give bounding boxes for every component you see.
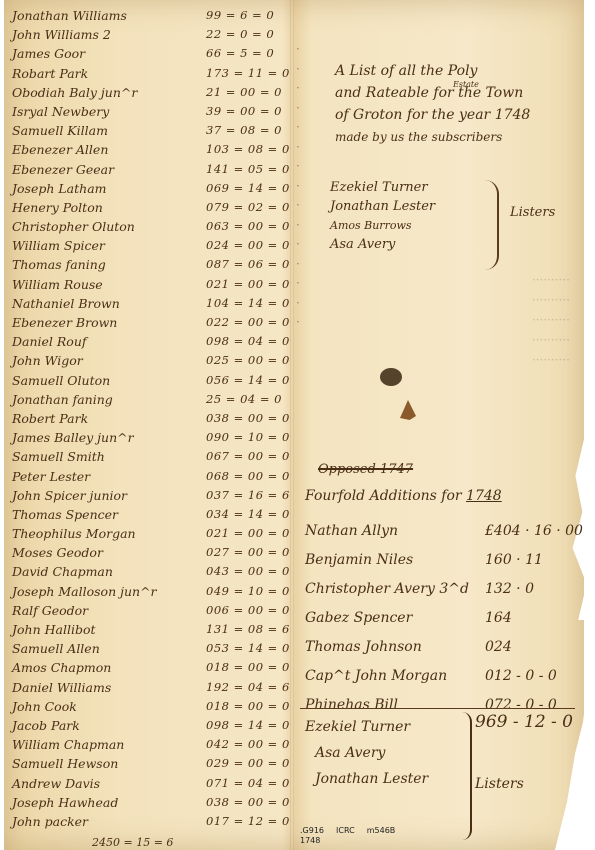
taxpayer-name: Andrew Davis (12, 774, 100, 793)
taxpayer-name: Samuell Smith (12, 447, 105, 466)
taxpayer-name: William Chapman (12, 735, 124, 754)
tax-amount: 071 = 04 = 0 (206, 774, 290, 793)
ledger-row: Peter Lester068 = 00 = 0 (8, 467, 290, 486)
ledger-row: Ebenezer Geear141 = 05 = 0 (8, 160, 290, 179)
ledger-row: Samuell Killam37 = 08 = 0 (8, 121, 290, 140)
ledger-row: James Goor66 = 5 = 0 (8, 44, 290, 63)
page-fold (290, 0, 294, 850)
signer-name: Ezekiel Turner (305, 714, 428, 740)
signature-brace (483, 180, 499, 270)
additions-list: Nathan Allyn£404 · 16 · 00Benjamin Niles… (305, 517, 585, 720)
tax-amount: 049 = 10 = 0 (206, 582, 290, 601)
ledger-row: Samuell Oluton056 = 14 = 0 (8, 371, 290, 390)
taxpayer-name: John Spicer junior (12, 486, 127, 505)
ledger-row: Ralf Geodor006 = 00 = 0 (8, 601, 290, 620)
ledger-row: John Spicer junior037 = 16 = 6 (8, 486, 290, 505)
tax-amount: 22 = 0 = 0 (206, 25, 274, 44)
ledger-row: Christopher Oluton063 = 00 = 0 (8, 217, 290, 236)
addition-row: Christopher Avery 3^d132 · 0 (305, 575, 585, 604)
assessor-name: Jonathan Lester (330, 197, 435, 216)
assessor-name: Amos Burrows (330, 216, 435, 235)
taxpayer-name: Thomas Spencer (12, 505, 118, 524)
additions-title: Fourfold Additions for 1748 (305, 488, 502, 504)
signer-name: Jonathan Lester (305, 766, 428, 792)
tax-amount: 25 = 04 = 0 (206, 390, 282, 409)
tax-amount: 104 = 14 = 0 (206, 294, 290, 313)
addition-row: Benjamin Niles160 · 11 (305, 546, 585, 575)
heading-line-4: made by us the subscribers (335, 126, 575, 148)
ledger-row: James Balley jun^r090 = 10 = 0 (8, 428, 290, 447)
taxpayer-name: Daniel Rouf (12, 332, 87, 351)
ledger-row: John Hallibot131 = 08 = 6 (8, 620, 290, 639)
taxpayer-name: Samuell Killam (12, 121, 108, 140)
taxpayer-name: Obodiah Baly jun^r (12, 83, 137, 102)
taxpayer-name: James Goor (12, 44, 85, 63)
total-rule (300, 708, 575, 709)
tax-amount: 99 = 6 = 0 (206, 6, 274, 25)
addition-name: Christopher Avery 3^d (305, 575, 469, 604)
ledger-row: Nathaniel Brown104 = 14 = 0 (8, 294, 290, 313)
addition-name: Nathan Allyn (305, 517, 398, 546)
ledger-row: Moses Geodor027 = 00 = 0 (8, 543, 290, 562)
tax-amount: 21 = 00 = 0 (206, 83, 282, 102)
taxpayer-name: Isryal Newbery (12, 102, 109, 121)
taxpayer-name: William Rouse (12, 275, 103, 294)
tax-amount: 034 = 14 = 0 (206, 505, 290, 524)
ledger-row: Samuell Allen053 = 14 = 0 (8, 639, 290, 658)
addition-amount: 132 · 0 (485, 575, 534, 604)
taxpayer-name: Amos Chapmon (12, 658, 111, 677)
tax-amount: 017 = 12 = 0 (206, 812, 290, 831)
ledger-row: Thomas faning087 = 06 = 0 (8, 255, 290, 274)
call-year: 1748 (300, 836, 320, 845)
tax-amount: 027 = 00 = 0 (206, 543, 290, 562)
tax-amount: 063 = 00 = 0 (206, 217, 290, 236)
ledger-row: Andrew Davis071 = 04 = 0 (8, 774, 290, 793)
taxpayer-name: Ebenezer Geear (12, 160, 114, 179)
taxpayer-name: Joseph Hawhead (12, 793, 118, 812)
assessor-name: Asa Avery (330, 235, 435, 254)
tax-ledger: Jonathan Williams99 = 6 = 0John Williams… (8, 6, 290, 831)
tax-amount: 042 = 00 = 0 (206, 735, 290, 754)
ledger-row: Obodiah Baly jun^r21 = 00 = 0 (8, 83, 290, 102)
tax-amount: 173 = 11 = 0 (206, 64, 290, 83)
addition-amount: 024 (485, 633, 512, 662)
tax-amount: 018 = 00 = 0 (206, 658, 290, 677)
addition-row: Thomas Johnson024 (305, 633, 585, 662)
taxpayer-name: John packer (12, 812, 88, 831)
tax-amount: 39 = 00 = 0 (206, 102, 282, 121)
addition-amount: 160 · 11 (485, 546, 543, 575)
addition-amount: 164 (485, 604, 512, 633)
document-heading: A List of all the Poly Estate and Rateab… (335, 60, 575, 148)
taxpayer-name: John Cook (12, 697, 77, 716)
tax-amount: 021 = 00 = 0 (206, 524, 290, 543)
taxpayer-name: Ebenezer Brown (12, 313, 117, 332)
signers-role: Listers (475, 776, 524, 792)
ink-blot (380, 368, 402, 386)
struck-out-text: Opposed 1747 (318, 462, 413, 477)
taxpayer-name: Moses Geodor (12, 543, 103, 562)
addition-row: Cap^t John Morgan012 - 0 - 0 (305, 662, 585, 691)
tax-amount: 37 = 08 = 0 (206, 121, 282, 140)
tax-amount: 022 = 00 = 0 (206, 313, 290, 332)
catalog-marks: .G916ICRCm546B 1748 (300, 826, 407, 846)
ledger-row: Joseph Hawhead038 = 00 = 0 (8, 793, 290, 812)
ledger-row: Thomas Spencer034 = 14 = 0 (8, 505, 290, 524)
taxpayer-name: Joseph Malloson jun^r (12, 582, 157, 601)
taxpayer-name: John Hallibot (12, 620, 96, 639)
tax-amount: 067 = 00 = 0 (206, 447, 290, 466)
ledger-row: John Cook018 = 00 = 0 (8, 697, 290, 716)
addition-amount: £404 · 16 · 00 (485, 517, 583, 546)
tax-amount: 069 = 14 = 0 (206, 179, 290, 198)
ledger-row: Joseph Malloson jun^r049 = 10 = 0 (8, 582, 290, 601)
taxpayer-name: James Balley jun^r (12, 428, 134, 447)
call-number: .G916 (300, 826, 324, 835)
taxpayer-name: Nathaniel Brown (12, 294, 120, 313)
assessor-role: Listers (510, 205, 555, 220)
assessor-name: Ezekiel Turner (330, 178, 435, 197)
taxpayer-name: Jonathan Williams (12, 6, 127, 25)
bleed-through-text: ········································… (310, 270, 570, 370)
ledger-row: Robart Park173 = 11 = 0 (8, 64, 290, 83)
ledger-row: Daniel Williams192 = 04 = 6 (8, 678, 290, 697)
taxpayer-name: John Wigor (12, 351, 83, 370)
tax-amount: 090 = 10 = 0 (206, 428, 290, 447)
heading-line-3: of Groton for the year 1748 (335, 104, 575, 126)
addition-row: Gabez Spencer164 (305, 604, 585, 633)
signers-brace (460, 712, 472, 840)
taxpayer-name: Peter Lester (12, 467, 90, 486)
tax-amount: 038 = 00 = 0 (206, 409, 290, 428)
taxpayer-name: Jonathan faning (12, 390, 113, 409)
tax-amount: 053 = 14 = 0 (206, 639, 290, 658)
addition-row: Nathan Allyn£404 · 16 · 00 (305, 517, 585, 546)
taxpayer-name: David Chapman (12, 562, 113, 581)
signer-name: Asa Avery (305, 740, 428, 766)
tax-amount: 056 = 14 = 0 (206, 371, 290, 390)
ledger-row: Samuell Hewson029 = 00 = 0 (8, 754, 290, 773)
taxpayer-name: Christopher Oluton (12, 217, 135, 236)
taxpayer-name: Joseph Latham (12, 179, 107, 198)
tax-amount: 098 = 14 = 0 (206, 716, 290, 735)
taxpayer-name: Theophilus Morgan (12, 524, 136, 543)
ledger-row: Jonathan faning25 = 04 = 0 (8, 390, 290, 409)
tax-amount: 131 = 08 = 6 (206, 620, 290, 639)
taxpayer-name: Ralf Geodor (12, 601, 88, 620)
ledger-row: Robert Park038 = 00 = 0 (8, 409, 290, 428)
ledger-row: David Chapman043 = 00 = 0 (8, 562, 290, 581)
ledger-row: Samuell Smith067 = 00 = 0 (8, 447, 290, 466)
additions-title-year: 1748 (466, 488, 502, 504)
ledger-row: John Williams 222 = 0 = 0 (8, 25, 290, 44)
tax-amount: 068 = 00 = 0 (206, 467, 290, 486)
addition-name: Thomas Johnson (305, 633, 422, 662)
addition-name: Cap^t John Morgan (305, 662, 447, 691)
ledger-row: Ebenezer Allen103 = 08 = 0 (8, 140, 290, 159)
ledger-row: Amos Chapmon018 = 00 = 0 (8, 658, 290, 677)
assessor-signatures: Ezekiel Turner Jonathan Lester Amos Burr… (330, 178, 435, 254)
tax-amount: 021 = 00 = 0 (206, 275, 290, 294)
ledger-row: William Rouse021 = 00 = 0 (8, 275, 290, 294)
lister-signatures: Ezekiel Turner Asa Avery Jonathan Lester (305, 714, 428, 792)
additions-title-text: Fourfold Additions for (305, 488, 462, 504)
addition-name: Gabez Spencer (305, 604, 412, 633)
ledger-row: Daniel Rouf098 = 04 = 0 (8, 332, 290, 351)
taxpayer-name: William Spicer (12, 236, 105, 255)
tax-amount: 141 = 05 = 0 (206, 160, 290, 179)
tax-amount: 025 = 00 = 0 (206, 351, 290, 370)
ledger-row: Theophilus Morgan021 = 00 = 0 (8, 524, 290, 543)
tax-amount: 038 = 00 = 0 (206, 793, 290, 812)
tax-amount: 006 = 00 = 0 (206, 601, 290, 620)
tax-amount: 103 = 08 = 0 (206, 140, 290, 159)
addition-name: Benjamin Niles (305, 546, 413, 575)
taxpayer-name: John Williams 2 (12, 25, 111, 44)
ledger-row: Isryal Newbery39 = 00 = 0 (8, 102, 290, 121)
ledger-row: Jacob Park098 = 14 = 0 (8, 716, 290, 735)
addition-amount: 012 - 0 - 0 (485, 662, 557, 691)
ledger-row: Jonathan Williams99 = 6 = 0 (8, 6, 290, 25)
tax-amount: 043 = 00 = 0 (206, 562, 290, 581)
ledger-row: Ebenezer Brown022 = 00 = 0 (8, 313, 290, 332)
taxpayer-name: Ebenezer Allen (12, 140, 108, 159)
tax-amount: 087 = 06 = 0 (206, 255, 290, 274)
tax-amount: 66 = 5 = 0 (206, 44, 274, 63)
tax-amount: 192 = 04 = 6 (206, 678, 290, 697)
heading-insert: Estate (453, 74, 479, 96)
taxpayer-name: Jacob Park (12, 716, 80, 735)
tax-amount: 029 = 00 = 0 (206, 754, 290, 773)
ledger-total: 2450 = 15 = 6 (92, 836, 173, 849)
tax-amount: 098 = 04 = 0 (206, 332, 290, 351)
tax-amount: 079 = 02 = 0 (206, 198, 290, 217)
item-number: m546B (367, 826, 396, 835)
taxpayer-name: Samuell Oluton (12, 371, 110, 390)
taxpayer-name: Robert Park (12, 409, 88, 428)
tax-amount: 037 = 16 = 6 (206, 486, 290, 505)
ledger-row: John packer017 = 12 = 0 (8, 812, 290, 831)
bleed-through-dots: ··············· (296, 40, 300, 333)
taxpayer-name: Henery Polton (12, 198, 103, 217)
additions-total: 969 - 12 - 0 (475, 712, 573, 732)
catalog-code: ICRC (336, 826, 355, 835)
tax-amount: 024 = 00 = 0 (206, 236, 290, 255)
taxpayer-name: Thomas faning (12, 255, 106, 274)
ledger-row: John Wigor025 = 00 = 0 (8, 351, 290, 370)
ledger-row: William Chapman042 = 00 = 0 (8, 735, 290, 754)
taxpayer-name: Samuell Allen (12, 639, 100, 658)
tax-amount: 018 = 00 = 0 (206, 697, 290, 716)
ledger-row: William Spicer024 = 00 = 0 (8, 236, 290, 255)
ledger-row: Joseph Latham069 = 14 = 0 (8, 179, 290, 198)
taxpayer-name: Daniel Williams (12, 678, 111, 697)
taxpayer-name: Robart Park (12, 64, 88, 83)
ledger-row: Henery Polton079 = 02 = 0 (8, 198, 290, 217)
taxpayer-name: Samuell Hewson (12, 754, 118, 773)
